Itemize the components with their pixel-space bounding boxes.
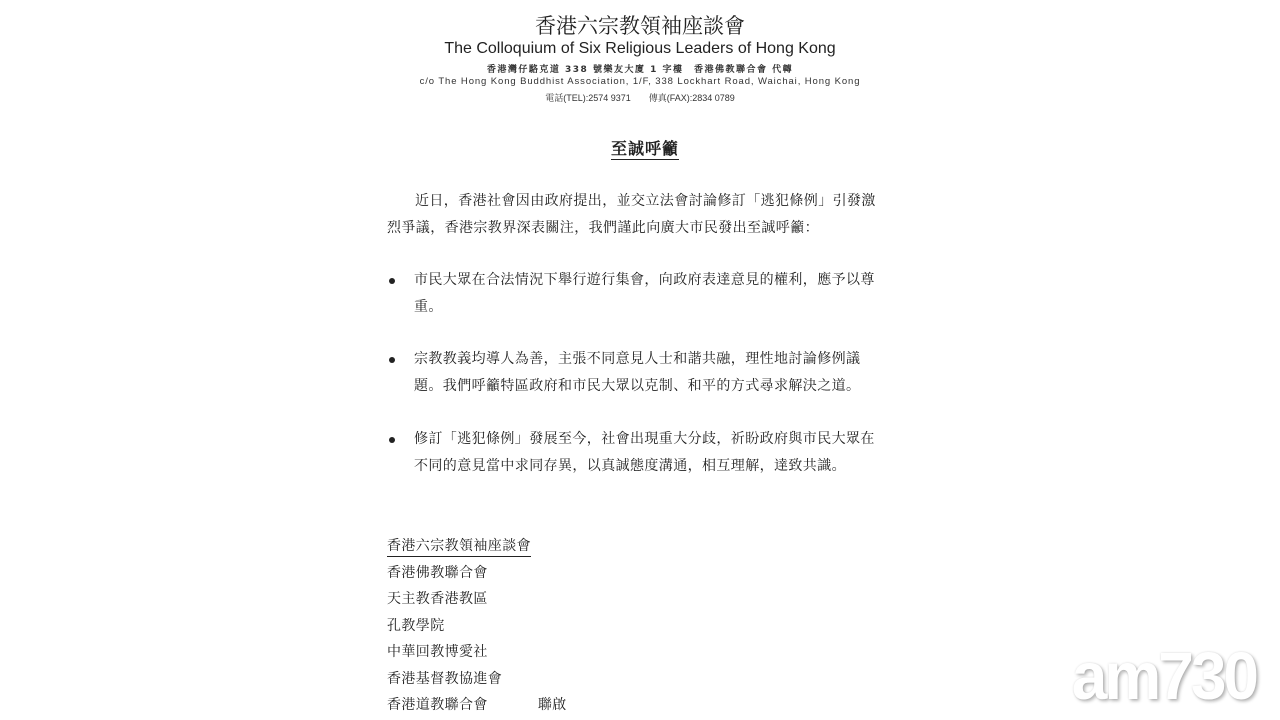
letterhead-title-en: The Colloquium of Six Religious Leaders … xyxy=(0,40,1280,58)
bullet-line: 題。我們呼籲特區政府和市民大眾以克制、和平的方式尋求解決之道。 xyxy=(414,373,897,400)
letterhead-contact: 電話(TEL):2574 9371傳真(FAX):2834 0789 xyxy=(0,91,1280,104)
letterhead-address-zh: 香港灣仔駱克道 338 號樂友大廈 1 字樓 香港佛教聯合會 代轉 xyxy=(0,62,1280,75)
letterhead-address-en: c/o The Hong Kong Buddhist Association, … xyxy=(0,76,1280,87)
intro-line-2: 烈爭議，香港宗教界深表關注，我們謹此向廣大市民發出至誠呼籲： xyxy=(387,215,897,242)
bullet-dot-icon xyxy=(389,278,395,284)
bullet-line: 不同的意見當中求同存異，以真誠態度溝通，相互理解，達致共識。 xyxy=(414,453,897,480)
bullet-dot-icon xyxy=(389,437,395,443)
bullet-item: 市民大眾在合法情況下舉行遊行集會，向政府表達意見的權利，應予以尊 重。 xyxy=(387,267,897,321)
fax-number: 傳真(FAX):2834 0789 xyxy=(649,93,735,103)
intro-paragraph: 近日，香港社會因由政府提出，並交立法會討論修訂「逃犯條例」引發激 烈爭議，香港宗… xyxy=(387,188,897,242)
signatory-item: 孔教學院 xyxy=(387,613,567,640)
signatory-name: 香港道教聯合會 xyxy=(387,697,488,713)
bullet-line: 宗教教義均導人為善，主張不同意見人士和諧共融，理性地討論修例議 xyxy=(414,346,897,373)
signatory-item: 香港佛教聯合會 xyxy=(387,560,567,587)
letterhead-title-zh: 香港六宗教領袖座談會 xyxy=(0,10,1280,40)
signatories-list: 香港六宗教領袖座談會 香港佛教聯合會 天主教香港教區 孔教學院 中華回教博愛社 … xyxy=(387,533,567,719)
bullet-line: 市民大眾在合法情況下舉行遊行集會，向政府表達意見的權利，應予以尊 xyxy=(414,267,897,294)
signatory-item: 中華回教博愛社 xyxy=(387,639,567,666)
bullet-item: 修訂「逃犯條例」發展至今，社會出現重大分歧，祈盼政府與市民大眾在 不同的意見當中… xyxy=(387,426,897,480)
signatory-item: 天主教香港教區 xyxy=(387,586,567,613)
signatory-item-last: 香港道教聯合會聯啟 xyxy=(387,692,567,719)
am730-watermark-logo: am730 xyxy=(1072,642,1256,709)
signatory-item: 香港基督教協進會 xyxy=(387,666,567,693)
bullet-line: 修訂「逃犯條例」發展至今，社會出現重大分歧，祈盼政府與市民大眾在 xyxy=(414,426,897,453)
bullet-dot-icon xyxy=(389,357,395,363)
heading-text: 至誠呼籲 xyxy=(611,139,679,160)
bullet-item: 宗教教義均導人為善，主張不同意見人士和諧共融，理性地討論修例議 題。我們呼籲特區… xyxy=(387,346,897,400)
document-heading: 至誠呼籲 xyxy=(0,136,1280,159)
document-page: 香港六宗教領袖座談會 The Colloquium of Six Religio… xyxy=(0,0,1280,720)
intro-line-1: 近日，香港社會因由政府提出，並交立法會討論修訂「逃犯條例」引發激 xyxy=(387,188,897,215)
tel-number: 電話(TEL):2574 9371 xyxy=(545,93,631,103)
joint-signature-label: 聯啟 xyxy=(538,692,567,718)
signatory-header: 香港六宗教領袖座談會 xyxy=(387,533,567,560)
bullet-line: 重。 xyxy=(414,294,897,321)
